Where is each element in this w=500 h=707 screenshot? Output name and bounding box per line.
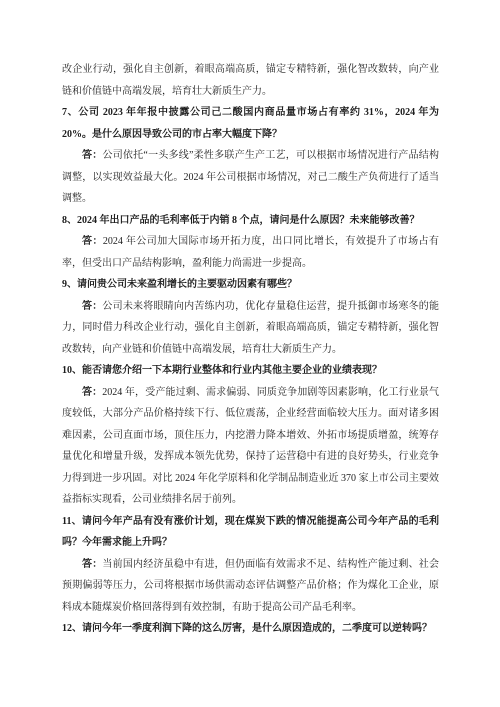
question-11: 11、请问今年产品有没有涨价计划，现在煤炭下跌的情况能提高公司今年产品的毛利吗？…	[62, 511, 439, 554]
answer-7: 答：公司依托“一头多线”柔性多联产生产工艺，可以根据市场情况进行产品结构调整，以…	[62, 145, 439, 210]
answer-11: 答：当前国内经济虽稳中有进，但仍面临有效需求不足、结构性产能过剩、社会预期偏弱等…	[62, 554, 439, 619]
answer-10-text: 2024 年，受产能过剩、需求偏弱、同质竞争加剧等因素影响，化工行业景气度较低，…	[62, 387, 439, 506]
question-9: 9、请问贵公司未来盈利增长的主要驱动因素有哪些？	[62, 274, 439, 296]
question-7: 7、公司 2023 年年报中披露公司己二酸国内商品量市场占有率约 31%，202…	[62, 102, 439, 145]
paragraph-continuation: 改企业行动，强化自主创新，着眼高端高质，锚定专精特新，强化智改数转，向产业链和价…	[62, 59, 439, 102]
answer-9: 答：公司未来将眼睛向内苦练内功，优化存量稳住运营，提升抵御市场寒冬的能力，同时借…	[62, 296, 439, 361]
question-10: 10、能否请您介绍一下本期行业整体和行业内其他主要企业的业绩表现？	[62, 360, 439, 382]
answer-10: 答：2024 年，受产能过剩、需求偏弱、同质竞争加剧等因素影响，化工行业景气度较…	[62, 382, 439, 511]
answer-9-prefix: 答：	[82, 301, 102, 312]
answer-11-prefix: 答：	[82, 559, 102, 570]
answer-11-text: 当前国内经济虽稳中有进，但仍面临有效需求不足、结构性产能过剩、社会预期偏弱等压力…	[62, 559, 439, 613]
question-12: 12、请问今年一季度利润下降的这么厉害，是什么原因造成的，二季度可以逆转吗？	[62, 618, 439, 640]
answer-7-prefix: 答：	[82, 150, 102, 161]
answer-7-text: 公司依托“一头多线”柔性多联产生产工艺，可以根据市场情况进行产品结构调整，以实现…	[62, 150, 439, 204]
question-8: 8、2024 年出口产品的毛利率低于内销 8 个点，请问是什么原因？未来能够改善…	[62, 210, 439, 232]
answer-10-prefix: 答：	[82, 387, 102, 398]
document-body: 改企业行动，强化自主创新，着眼高端高质，锚定专精特新，强化智改数转，向产业链和价…	[62, 59, 439, 640]
document-page: 改企业行动，强化自主创新，着眼高端高质，锚定专精特新，强化智改数转，向产业链和价…	[0, 0, 500, 707]
answer-8-text: 2024 年公司加大国际市场开拓力度，出口同比增长，有效提升了市场占有率，但受出…	[62, 236, 439, 269]
answer-8: 答：2024 年公司加大国际市场开拓力度，出口同比增长，有效提升了市场占有率，但…	[62, 231, 439, 274]
answer-9-text: 公司未来将眼睛向内苦练内功，优化存量稳住运营，提升抵御市场寒冬的能力，同时借力科…	[62, 301, 439, 355]
answer-8-prefix: 答：	[82, 236, 103, 247]
